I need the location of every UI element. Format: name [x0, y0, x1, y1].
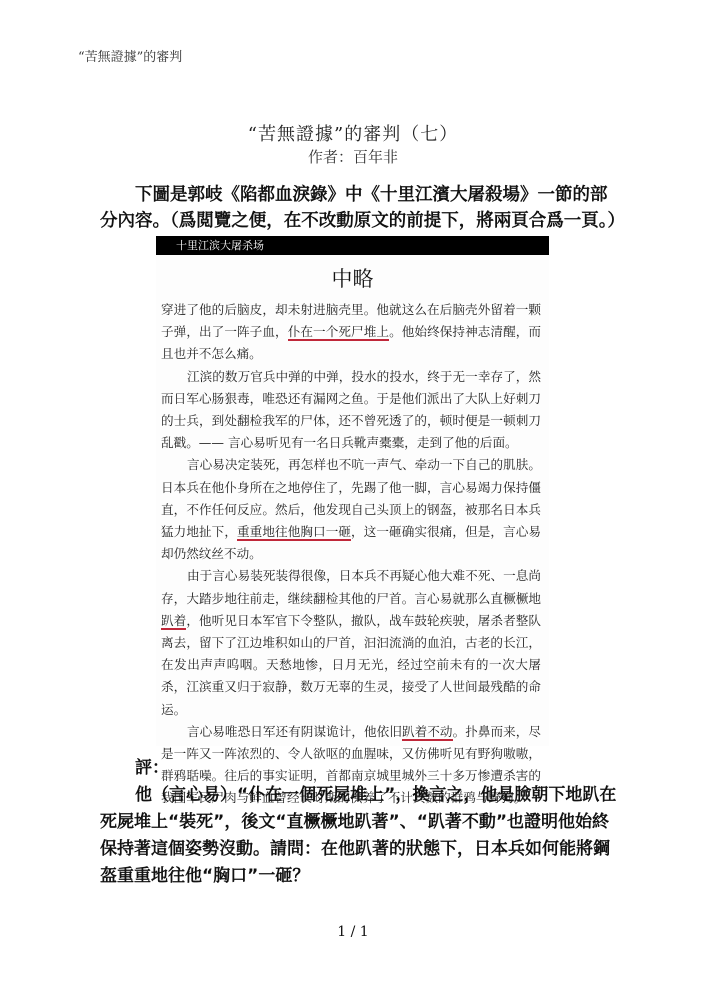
excerpt-paragraph: 穿进了他的后脑皮，却未射进脑壳里。他就这么在后脑壳外留着一颗子弹，出了一阵子血，…	[161, 299, 541, 366]
highlighted-phrase: 仆在一个死尸堆上	[288, 324, 389, 341]
excerpt-text: 言心易唯恐日军还有阴谋诡计，他依旧	[187, 724, 402, 739]
commentary-text: 他（言心易）“仆在一個死屍堆上”，換言之，他是臉朝下地趴在死屍堆上“裝死”，後文…	[100, 782, 620, 890]
excerpt-text: 江滨的数万官兵中弹的中弹，投水的投水，终于无一幸存了，然而日军心肠狠毒，唯恐还有…	[161, 369, 541, 451]
excerpt-text: ，他听见日本军官下令整队，撤队，战车鼓轮疾驶，屠杀者整队离去，留下了江边堆积如山…	[161, 613, 541, 717]
author-line: 作者：百年非	[0, 146, 706, 167]
excerpt-paragraph: 言心易决定装死，再怎样也不吭一声气、牵动一下自己的肌肤。日本兵在他仆身所在之地停…	[161, 454, 541, 565]
excerpt-text: 由于言心易装死装得很像，日本兵不再疑心他大难不死、一息尚存，大踏步地往前走，继续…	[161, 568, 541, 605]
excerpt-chapter-bar: 十里江滨大屠杀场	[156, 236, 549, 255]
highlighted-phrase: 重重地往他胸口一砸	[237, 524, 351, 541]
commentary-section: 評： 他（言心易）“仆在一個死屍堆上”，換言之，他是臉朝下地趴在死屍堆上“裝死”…	[100, 755, 620, 890]
intro-paragraph: 下圖是郭岐《陷都血淚錄》中《十里江濱大屠殺場》一節的部分內容。（爲閲覽之便，在不…	[100, 182, 620, 234]
document-title: “苦無證據”的審判（七）	[0, 120, 706, 146]
commentary-label: 評：	[100, 755, 620, 782]
book-excerpt-image: 十里江滨大屠杀场 中略 穿进了他的后脑皮，却未射进脑壳里。他就这么在后脑壳外留着…	[156, 236, 549, 746]
excerpt-heading: 中略	[156, 263, 549, 293]
running-header: “苦無證據”的審判	[78, 46, 182, 65]
highlighted-phrase: 趴着不动	[402, 724, 453, 741]
excerpt-paragraph: 由于言心易装死装得很像，日本兵不再疑心他大难不死、一息尚存，大踏步地往前走，继续…	[161, 565, 541, 720]
highlighted-phrase: 趴着	[161, 613, 186, 630]
page-number: 1 / 1	[0, 924, 706, 940]
excerpt-paragraph: 江滨的数万官兵中弹的中弹，投水的投水，终于无一幸存了，然而日军心肠狠毒，唯恐还有…	[161, 366, 541, 455]
excerpt-body: 穿进了他的后脑皮，却未射进脑壳里。他就这么在后脑壳外留着一颗子弹，出了一阵子血，…	[156, 299, 549, 810]
